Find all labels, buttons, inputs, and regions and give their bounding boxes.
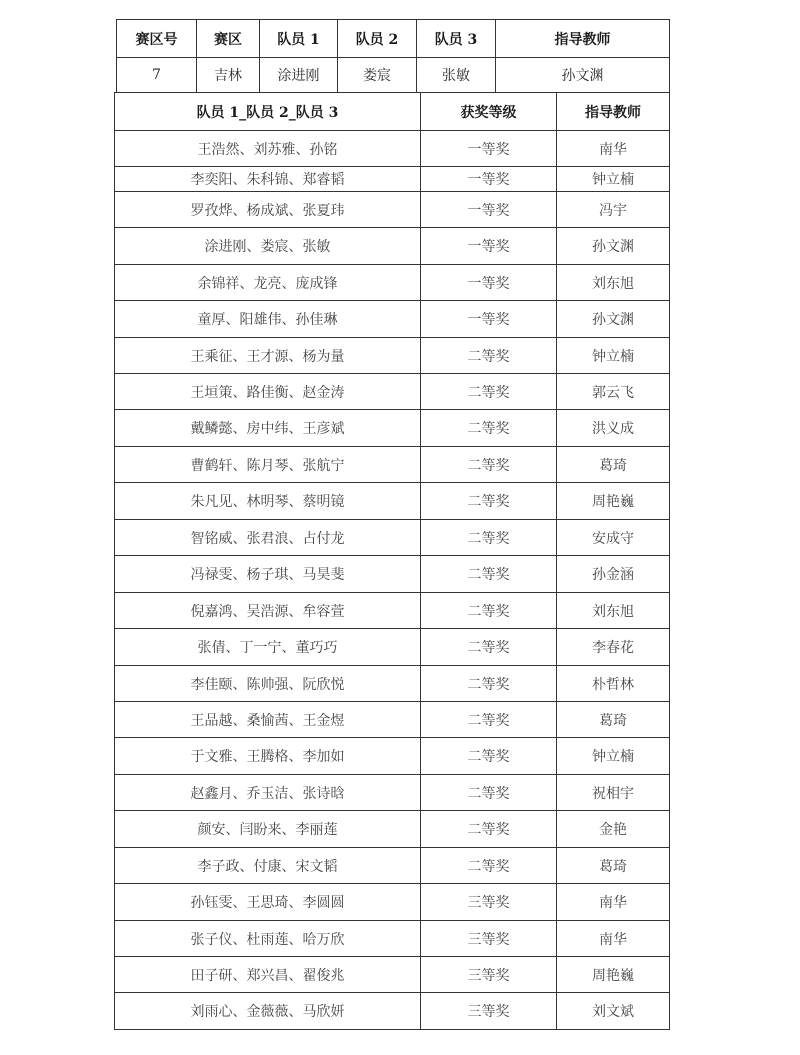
team-members-cell: 罗孜烨、杨成斌、张夏玮 [115, 192, 421, 228]
team-members-cell: 王乘征、王才源、杨为量 [115, 338, 421, 374]
advisor-cell: 孙金涵 [557, 556, 670, 593]
awards-body: 王浩然、刘苏雅、孙铭一等奖南华李奕阳、朱科锦、郑睿韬一等奖钟立楠罗孜烨、杨成斌、… [115, 131, 670, 1030]
advisor: 孙文渊 [496, 58, 670, 93]
table-row: 冯禄雯、杨子琪、马昊斐二等奖孙金涵 [115, 556, 670, 593]
advisor-cell: 葛琦 [557, 702, 670, 738]
advisor-cell: 洪义成 [557, 410, 670, 447]
header-member-2: 队员 2 [338, 20, 417, 58]
award-level-cell: 二等奖 [421, 338, 557, 374]
header-member-1: 队员 1 [260, 20, 338, 58]
advisor-cell: 钟立楠 [557, 738, 670, 775]
table-row: 李佳颐、陈帅强、阮欣悦二等奖朴哲林 [115, 666, 670, 702]
award-level-cell: 一等奖 [421, 301, 557, 338]
award-level-cell: 二等奖 [421, 374, 557, 410]
award-level-cell: 二等奖 [421, 811, 557, 848]
team-members-cell: 张子仪、杜雨莲、哈万欣 [115, 921, 421, 957]
award-level-cell: 二等奖 [421, 447, 557, 483]
advisor-cell: 葛琦 [557, 848, 670, 884]
table-row: 李子政、付康、宋文韬二等奖葛琦 [115, 848, 670, 884]
advisor-cell: 周艳巍 [557, 957, 670, 993]
team-members-cell: 李佳颐、陈帅强、阮欣悦 [115, 666, 421, 702]
region-number: 7 [117, 58, 197, 93]
advisor-cell: 钟立楠 [557, 338, 670, 374]
member-1: 涂进刚 [260, 58, 338, 93]
team-members-cell: 孙钰雯、王思琦、李圆圆 [115, 884, 421, 921]
table-row: 张子仪、杜雨莲、哈万欣三等奖南华 [115, 921, 670, 957]
table-row: 王品越、桑愉茜、王金煜二等奖葛琦 [115, 702, 670, 738]
team-members-cell: 余锦祥、龙亮、庞成锋 [115, 265, 421, 301]
advisor-cell: 安成守 [557, 520, 670, 556]
award-level-cell: 二等奖 [421, 702, 557, 738]
table-row: 王浩然、刘苏雅、孙铭一等奖南华 [115, 131, 670, 167]
header-award-level: 获奖等级 [421, 93, 557, 131]
award-level-cell: 一等奖 [421, 228, 557, 265]
team-members-cell: 童厚、阳雄伟、孙佳琳 [115, 301, 421, 338]
award-level-cell: 二等奖 [421, 775, 557, 811]
team-members-cell: 赵鑫月、乔玉洁、张诗晗 [115, 775, 421, 811]
award-level-cell: 一等奖 [421, 131, 557, 167]
table-row: 倪嘉鸿、吴浩源、牟容萱二等奖刘东旭 [115, 593, 670, 629]
award-level-cell: 二等奖 [421, 520, 557, 556]
advisor-cell: 金艳 [557, 811, 670, 848]
team-members-cell: 曹鹤轩、陈月琴、张航宁 [115, 447, 421, 483]
table-row: 朱凡见、林明琴、蔡明镜二等奖周艳巍 [115, 483, 670, 520]
table-row: 田子研、郑兴昌、翟俊兆三等奖周艳巍 [115, 957, 670, 993]
team-members-cell: 朱凡见、林明琴、蔡明镜 [115, 483, 421, 520]
region: 吉林 [197, 58, 260, 93]
header-advisor: 指导教师 [496, 20, 670, 58]
advisor-cell: 刘文斌 [557, 993, 670, 1030]
award-level-cell: 二等奖 [421, 410, 557, 447]
team-members-cell: 戴鳞懿、房中纬、王彦斌 [115, 410, 421, 447]
advisor-cell: 南华 [557, 921, 670, 957]
table-row: 王垣策、路佳衡、赵金涛二等奖郭云飞 [115, 374, 670, 410]
advisor-cell: 孙文渊 [557, 301, 670, 338]
advisor-cell: 刘东旭 [557, 593, 670, 629]
table-row: 于文雅、王腾格、李加如二等奖钟立楠 [115, 738, 670, 775]
advisor-cell: 钟立楠 [557, 167, 670, 192]
table-row: 孙钰雯、王思琦、李圆圆三等奖南华 [115, 884, 670, 921]
advisor-cell: 葛琦 [557, 447, 670, 483]
table-row: 童厚、阳雄伟、孙佳琳一等奖孙文渊 [115, 301, 670, 338]
team-info-row: 7 吉林 涂进刚 娄宸 张敏 孙文渊 [117, 58, 670, 93]
team-members-cell: 李子政、付康、宋文韬 [115, 848, 421, 884]
advisor-cell: 冯宇 [557, 192, 670, 228]
advisor-cell: 郭云飞 [557, 374, 670, 410]
team-info-table: 赛区号 赛区 队员 1 队员 2 队员 3 指导教师 7 吉林 涂进刚 娄宸 张… [116, 19, 670, 93]
award-level-cell: 二等奖 [421, 738, 557, 775]
table-row: 曹鹤轩、陈月琴、张航宁二等奖葛琦 [115, 447, 670, 483]
team-members-cell: 于文雅、王腾格、李加如 [115, 738, 421, 775]
table-row: 戴鳞懿、房中纬、王彦斌二等奖洪义成 [115, 410, 670, 447]
table-row: 李奕阳、朱科锦、郑睿韬一等奖钟立楠 [115, 167, 670, 192]
table-row: 赵鑫月、乔玉洁、张诗晗二等奖祝相宇 [115, 775, 670, 811]
team-members-cell: 涂进刚、娄宸、张敏 [115, 228, 421, 265]
team-members-cell: 王浩然、刘苏雅、孙铭 [115, 131, 421, 167]
award-level-cell: 三等奖 [421, 884, 557, 921]
header-region-number: 赛区号 [117, 20, 197, 58]
award-level-cell: 二等奖 [421, 629, 557, 666]
table-row: 智铭威、张君浪、占付龙二等奖安成守 [115, 520, 670, 556]
team-members-cell: 冯禄雯、杨子琪、马昊斐 [115, 556, 421, 593]
table-row: 涂进刚、娄宸、张敏一等奖孙文渊 [115, 228, 670, 265]
award-level-cell: 一等奖 [421, 167, 557, 192]
award-level-cell: 三等奖 [421, 957, 557, 993]
award-level-cell: 二等奖 [421, 848, 557, 884]
team-members-cell: 颜安、闫盼来、李丽莲 [115, 811, 421, 848]
team-info-header-row: 赛区号 赛区 队员 1 队员 2 队员 3 指导教师 [117, 20, 670, 58]
awards-header-row: 队员 1_队员 2_队员 3 获奖等级 指导教师 [115, 93, 670, 131]
awards-table: 队员 1_队员 2_队员 3 获奖等级 指导教师 王浩然、刘苏雅、孙铭一等奖南华… [114, 92, 670, 1030]
advisor-cell: 南华 [557, 884, 670, 921]
advisor-cell: 孙文渊 [557, 228, 670, 265]
header-members: 队员 1_队员 2_队员 3 [115, 93, 421, 131]
team-members-cell: 智铭威、张君浪、占付龙 [115, 520, 421, 556]
team-members-cell: 张倩、丁一宁、董巧巧 [115, 629, 421, 666]
award-level-cell: 二等奖 [421, 666, 557, 702]
team-members-cell: 王品越、桑愉茜、王金煜 [115, 702, 421, 738]
advisor-cell: 朴哲林 [557, 666, 670, 702]
member-3: 张敏 [417, 58, 496, 93]
team-members-cell: 王垣策、路佳衡、赵金涛 [115, 374, 421, 410]
award-level-cell: 一等奖 [421, 192, 557, 228]
award-level-cell: 一等奖 [421, 265, 557, 301]
header-member-3: 队员 3 [417, 20, 496, 58]
member-2: 娄宸 [338, 58, 417, 93]
table-row: 刘雨心、金薇薇、马欣妍三等奖刘文斌 [115, 993, 670, 1030]
team-members-cell: 刘雨心、金薇薇、马欣妍 [115, 993, 421, 1030]
award-level-cell: 三等奖 [421, 993, 557, 1030]
award-level-cell: 二等奖 [421, 556, 557, 593]
team-members-cell: 倪嘉鸿、吴浩源、牟容萱 [115, 593, 421, 629]
advisor-cell: 南华 [557, 131, 670, 167]
table-row: 颜安、闫盼来、李丽莲二等奖金艳 [115, 811, 670, 848]
advisor-cell: 周艳巍 [557, 483, 670, 520]
header-advisor: 指导教师 [557, 93, 670, 131]
table-row: 罗孜烨、杨成斌、张夏玮一等奖冯宇 [115, 192, 670, 228]
team-members-cell: 田子研、郑兴昌、翟俊兆 [115, 957, 421, 993]
table-row: 王乘征、王才源、杨为量二等奖钟立楠 [115, 338, 670, 374]
team-members-cell: 李奕阳、朱科锦、郑睿韬 [115, 167, 421, 192]
advisor-cell: 祝相宇 [557, 775, 670, 811]
table-row: 余锦祥、龙亮、庞成锋一等奖刘东旭 [115, 265, 670, 301]
advisor-cell: 李春花 [557, 629, 670, 666]
header-region: 赛区 [197, 20, 260, 58]
award-level-cell: 二等奖 [421, 483, 557, 520]
award-level-cell: 二等奖 [421, 593, 557, 629]
table-row: 张倩、丁一宁、董巧巧二等奖李春花 [115, 629, 670, 666]
award-level-cell: 三等奖 [421, 921, 557, 957]
advisor-cell: 刘东旭 [557, 265, 670, 301]
